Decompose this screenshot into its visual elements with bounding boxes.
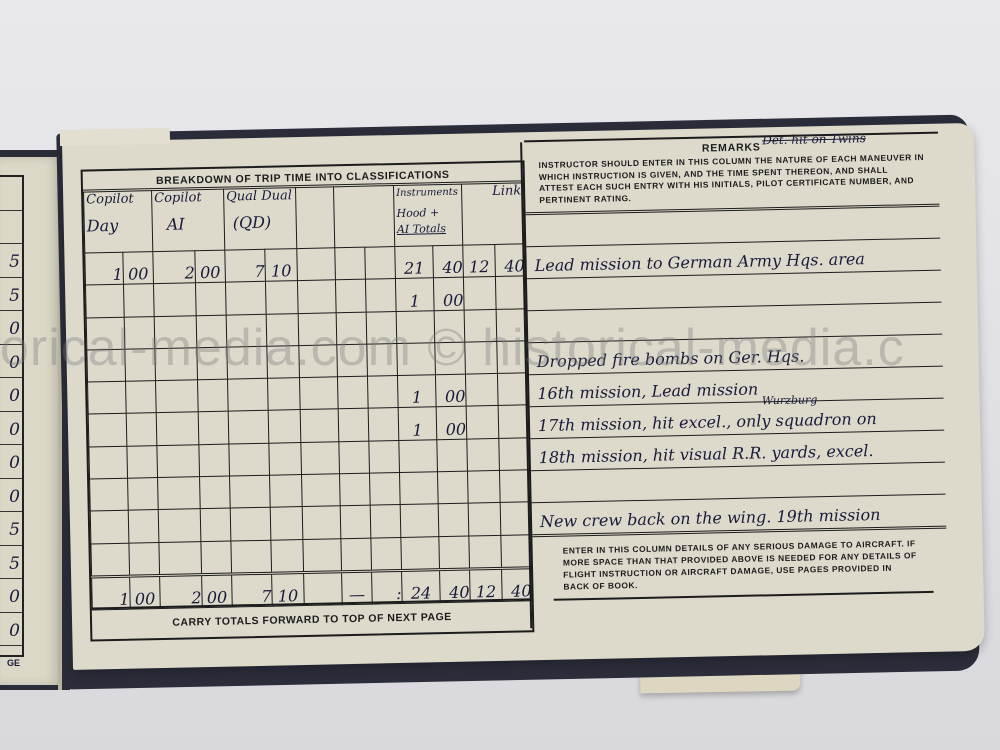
grid-cell: 1 (398, 407, 437, 440)
grid-cell (197, 347, 228, 380)
grid-cell (196, 315, 227, 348)
grid-cell (337, 344, 368, 377)
grid-cell: 10 (272, 573, 305, 607)
grid-cell: 40 (502, 568, 533, 602)
grid-cell (370, 473, 401, 506)
grid-cell (299, 377, 338, 410)
header-qual-dual: Qual Dual (QD) (224, 188, 297, 250)
grid-cell (468, 503, 501, 536)
grid-cell (499, 470, 530, 503)
grid-cell (401, 536, 440, 570)
grid-cell (368, 408, 399, 441)
grid-cell (302, 474, 341, 507)
remarks-lines: Lead mission to German Army Hqs. areaDro… (526, 204, 947, 538)
grid-cell: 2 (153, 251, 196, 284)
grid-cell (365, 247, 396, 280)
grid-cell (270, 507, 303, 540)
grid-cell (124, 316, 155, 349)
left-page-cell: 5 (0, 546, 22, 580)
grid-cell (303, 538, 342, 572)
grid-cell (340, 473, 371, 506)
remarks-entry-text: Lead mission to German Army Hqs. area (534, 249, 865, 275)
remarks-entry-text: New crew back on the wing. 19th mission (540, 505, 881, 531)
grid-cell (335, 247, 366, 280)
grid-cell (397, 343, 436, 376)
grid-cell (201, 541, 232, 575)
grid-cell: 7 (232, 573, 273, 607)
grid-cell (270, 475, 303, 508)
grid-cell: 1 (395, 278, 434, 311)
struck-note: Det. hit on Twins (762, 119, 866, 159)
grid-cell (367, 376, 398, 409)
breakdown-section: BREAKDOWN OF TRIP TIME INTO CLASSIFICATI… (81, 160, 535, 641)
page-tab (60, 128, 170, 146)
header-blank-2 (333, 186, 394, 248)
left-page-cell: 0 (0, 579, 22, 613)
grid-cell (340, 506, 371, 539)
grid-cell (497, 373, 528, 406)
grid-cell: — (342, 571, 373, 605)
grid-cell (367, 343, 398, 376)
grid-cell (437, 471, 468, 504)
grid-cell (128, 510, 159, 543)
grid-cell (496, 308, 527, 341)
grid-header-row: Copilot Day Copilot AI Qual Dual (QD) (84, 183, 525, 253)
grid-cell: 00 (436, 407, 467, 440)
grid-cell (465, 341, 498, 374)
left-page-cell (0, 211, 22, 245)
grid-cell (437, 439, 468, 472)
grid-cell (370, 505, 401, 538)
grid-cell (228, 378, 269, 411)
side-note: Wurzburg (758, 393, 817, 407)
grid-cell (434, 310, 465, 343)
grid-cell (88, 414, 127, 447)
grid-cell (200, 508, 231, 541)
grid-cell (227, 346, 268, 379)
grid-cell (128, 478, 159, 511)
grid-cell (199, 444, 230, 477)
grid-cell (158, 477, 201, 510)
grid-cell (268, 410, 301, 443)
grid-cell (337, 376, 368, 409)
grid-cell (158, 509, 201, 542)
grid-cell (269, 442, 302, 475)
left-page-cell (0, 177, 22, 211)
grid-cell (126, 381, 157, 414)
remarks-entry-text: 17th mission, hit excel., only squadron … (538, 409, 877, 435)
grid-cell (497, 341, 528, 374)
left-page-column: 550000005500GE (0, 175, 24, 657)
grid-cell (225, 282, 266, 315)
left-page-cell: 5 (0, 278, 22, 312)
grid-cell (297, 248, 336, 281)
left-page-cell: 5 (0, 244, 22, 278)
grid-cell (300, 409, 339, 442)
grid-cell (366, 311, 397, 344)
grid-cell (229, 443, 270, 476)
grid-cell (198, 379, 229, 412)
grid-cell (336, 312, 367, 345)
grid-cell (154, 315, 197, 348)
grid-cell (125, 348, 156, 381)
grid-cell (396, 310, 435, 343)
grid-cell (129, 542, 160, 576)
grid-cell (230, 475, 271, 508)
grid-cell: 2 (160, 575, 203, 609)
logbook-page: BREAKDOWN OF TRIP TIME INTO CLASSIFICATI… (62, 123, 985, 670)
left-page-cell: 5 (0, 512, 22, 546)
grid-cell (338, 409, 369, 442)
header-copilot-day: Copilot Day (84, 191, 153, 253)
grid-cell (297, 280, 336, 313)
grid-cell (267, 345, 300, 378)
grid-cell (87, 349, 126, 382)
grid-cell (88, 381, 127, 414)
remarks-instructions: INSTRUCTOR SHOULD ENTER IN THIS COLUMN T… (524, 150, 939, 213)
grid-cell: 7 (225, 249, 266, 282)
header-instruments: Instruments Hood + AI Totals (393, 184, 462, 246)
grid-cell (464, 309, 497, 342)
breakdown-grid: Copilot Day Copilot AI Qual Dual (QD) (83, 182, 532, 610)
grid-cell (467, 438, 500, 471)
grid-cell (231, 540, 272, 574)
grid-cell (89, 446, 128, 479)
grid-cell (156, 412, 199, 445)
grid-cell (126, 413, 157, 446)
remarks-entry-text: 16th mission, Lead mission (537, 379, 758, 403)
grid-cell (439, 536, 470, 570)
grid-cell (469, 535, 502, 569)
grid-cell: 00 (435, 374, 466, 407)
grid-cell (155, 348, 198, 381)
left-page-footer: GE (0, 646, 22, 680)
grid-cell (463, 277, 496, 310)
grid-cell (267, 378, 300, 411)
grid-cell (302, 506, 341, 539)
grid-cell (90, 511, 129, 544)
grid-cell: 1 (92, 576, 131, 610)
grid-cell (466, 406, 499, 439)
left-page-cell: 0 (0, 479, 22, 513)
grid-cell (465, 374, 498, 407)
grid-cell (299, 345, 338, 378)
grid-cell (265, 281, 298, 314)
grid-cell (127, 445, 158, 478)
grid-cell (86, 317, 125, 350)
grid-cell: : (372, 570, 403, 604)
grid-cell (298, 312, 337, 345)
grid-cell (157, 444, 200, 477)
grid-cell: 21 (395, 246, 434, 279)
remarks-entry-text: Dropped fire bombs on Ger. Hqs. (537, 347, 805, 372)
grid-cell (365, 279, 396, 312)
header-blank-1 (296, 187, 335, 249)
left-page-cell: 0 (0, 445, 22, 479)
grid-cell (400, 504, 439, 537)
grid-cell (228, 411, 269, 444)
grid-cell (156, 380, 199, 413)
grid-cell (467, 470, 500, 503)
remarks-section: REMARKS INSTRUCTOR SHOULD ENTER IN THIS … (524, 132, 948, 602)
grid-cell (123, 284, 154, 317)
grid-cell (195, 282, 226, 315)
grid-cell: 40 (495, 244, 526, 277)
grid-cell: 24 (402, 570, 441, 604)
header-copilot-ai: Copilot AI (152, 189, 225, 251)
grid-cell: 00 (130, 576, 161, 610)
grid-cell (435, 342, 466, 375)
grid-cell (226, 314, 267, 347)
grid-cell (335, 279, 366, 312)
grid-cell: 00 (202, 574, 233, 608)
grid-cell (301, 442, 340, 475)
grid-cell: 00 (433, 277, 464, 310)
grid-cell (495, 276, 526, 309)
grid-cell (90, 478, 129, 511)
grid-cell (341, 538, 372, 572)
grid-cell (438, 503, 469, 536)
grid-cell (266, 313, 299, 346)
left-page-cell: 0 (0, 412, 22, 446)
grid-cell (369, 440, 400, 473)
grid-cell (498, 405, 529, 438)
grid-cell (153, 283, 196, 316)
grid-cell (399, 439, 438, 472)
grid-cell: 40 (440, 569, 471, 603)
left-page-cell: 0 (0, 613, 22, 647)
remarks-entry-text: 18th mission, hit visual R.R. yards, exc… (539, 441, 874, 467)
grid-cell: 00 (195, 250, 226, 283)
grid-cell: 1 (85, 252, 124, 285)
grid-cell (86, 285, 125, 318)
grid-cell: 12 (463, 244, 496, 277)
grid-cell: 1 (397, 375, 436, 408)
grid-cell: 12 (470, 568, 503, 602)
left-page-cell: 0 (0, 378, 22, 412)
grid-cell (500, 502, 531, 535)
left-page-cell: 0 (0, 345, 22, 379)
grid-cell (501, 534, 532, 568)
grid-cell (339, 441, 370, 474)
grid-cell: 40 (433, 245, 464, 278)
grid-cell (499, 438, 530, 471)
grid-cell (271, 539, 304, 573)
grid-cell: 10 (265, 249, 298, 282)
left-page-cell: 0 (0, 311, 22, 345)
damage-note: ENTER IN THIS COLUMN DETAILS OF ANY SERI… (532, 529, 947, 600)
grid-cell (371, 537, 402, 571)
header-link: Link (461, 183, 524, 245)
left-page: 550000005500GE (0, 157, 60, 685)
grid-cell (230, 508, 271, 541)
grid-cell: 00 (123, 252, 154, 285)
grid-cell (91, 543, 130, 577)
grid-cell (159, 541, 202, 575)
grid-cell (304, 572, 343, 606)
grid-cell (198, 412, 229, 445)
grid-cell (399, 472, 438, 505)
grid-cell (200, 476, 231, 509)
